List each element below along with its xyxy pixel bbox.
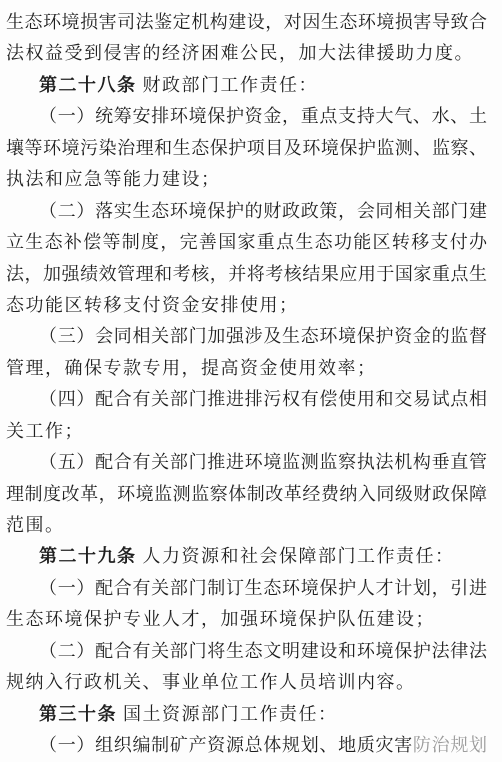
- faded-scan-text: 防治规划: [413, 735, 487, 755]
- text-segment: 法，加强绩效管理和考核，并将考核结果应用于国家重点生: [6, 264, 487, 284]
- text-segment: 态功能区转移支付资金安排使用；: [6, 295, 299, 315]
- text-line: 立生态补偿等制度，完善国家重点生态功能区转移支付办: [6, 227, 487, 258]
- text-segment: 人力资源和社会保障部门工作责任：: [137, 546, 455, 566]
- text-segment: 关工作；: [6, 421, 84, 441]
- document-text-area: 生态环境损害司法鉴定机构建设，对因生态环境损害导致合法权益受到侵害的经济困难公民…: [6, 7, 487, 762]
- text-segment: （一）配合有关部门制订生态环境保护人才计划，引进: [39, 578, 487, 598]
- article-28-heading: 第二十八条 财政部门工作责任：: [6, 70, 487, 101]
- text-line: （一）配合有关部门制订生态环境保护人才计划，引进: [6, 573, 487, 604]
- text-segment: 生态环境损害司法鉴定机构建设，对因生态环境损害导致合: [6, 12, 487, 32]
- text-line: 生态环境保护专业人才，加强环境保护队伍建设；: [6, 604, 487, 635]
- text-segment: （五）配合有关部门推进环境监测监察执法机构垂直管: [39, 452, 487, 472]
- document-page: 生态环境损害司法鉴定机构建设，对因生态环境损害导致合法权益受到侵害的经济困难公民…: [0, 0, 502, 762]
- article-number: 第二十八条: [39, 75, 137, 95]
- text-line: 执法和应急等能力建设；: [6, 164, 487, 195]
- text-segment: （一）统筹安排环境保护资金，重点支持大气、水、土: [39, 106, 487, 126]
- text-line: 理制度改革，环境监测监察体制改革经费纳入同级财政保障: [6, 479, 487, 510]
- text-segment: （四）配合有关部门推进排污权有偿使用和交易试点相: [39, 389, 487, 409]
- text-line: 范围。: [6, 510, 487, 541]
- text-line: （二）落实生态环境保护的财政政策，会同相关部门建: [6, 196, 487, 227]
- text-segment: （一）组织编制矿产资源总体规划、地质灾害: [39, 735, 413, 755]
- text-segment: 国土资源部门工作责任：: [117, 704, 338, 724]
- text-segment: 范围。: [6, 515, 65, 535]
- article-30-heading: 第三十条 国土资源部门工作责任：: [6, 699, 487, 730]
- text-line: 管理，确保专款专用，提高资金使用效率；: [6, 353, 487, 384]
- text-segment: （三）会同相关部门加强涉及生态环境保护资金的监督: [39, 326, 487, 346]
- text-line: 壤等环境污染治理和生态保护项目及环境保护监测、监察、: [6, 133, 487, 164]
- text-segment: 法权益受到侵害的经济困难公民，加大法律援助力度。: [6, 43, 474, 63]
- article-number: 第三十条: [39, 704, 117, 724]
- text-line: 态功能区转移支付资金安排使用；: [6, 290, 487, 321]
- text-line: （二）配合有关部门将生态文明建设和环境保护法律法: [6, 636, 487, 667]
- text-segment: 生态环境保护专业人才，加强环境保护队伍建设；: [6, 609, 435, 629]
- text-line: 生态环境损害司法鉴定机构建设，对因生态环境损害导致合: [6, 7, 487, 38]
- text-line: 法权益受到侵害的经济困难公民，加大法律援助力度。: [6, 38, 487, 69]
- article-29-heading: 第二十九条 人力资源和社会保障部门工作责任：: [6, 541, 487, 572]
- text-segment: 立生态补偿等制度，完善国家重点生态功能区转移支付办: [6, 232, 487, 252]
- text-line: （一）组织编制矿产资源总体规划、地质灾害防治规划: [6, 730, 487, 761]
- text-segment: 财政部门工作责任：: [137, 75, 319, 95]
- text-segment: 理制度改革，环境监测监察体制改革经费纳入同级财政保障: [6, 484, 487, 504]
- article-number: 第二十九条: [39, 546, 137, 566]
- text-line: （三）会同相关部门加强涉及生态环境保护资金的监督: [6, 321, 487, 352]
- text-segment: 规纳入行政机关、事业单位工作人员培训内容。: [6, 672, 416, 692]
- text-line: （五）配合有关部门推进环境监测监察执法机构垂直管: [6, 447, 487, 478]
- text-line: 规纳入行政机关、事业单位工作人员培训内容。: [6, 667, 487, 698]
- text-segment: 管理，确保专款专用，提高资金使用效率；: [6, 358, 377, 378]
- text-line: （四）配合有关部门推进排污权有偿使用和交易试点相: [6, 384, 487, 415]
- text-segment: （二）配合有关部门将生态文明建设和环境保护法律法: [39, 641, 487, 661]
- text-line: 关工作；: [6, 416, 487, 447]
- text-segment: 执法和应急等能力建设；: [6, 169, 221, 189]
- text-line: （一）统筹安排环境保护资金，重点支持大气、水、土: [6, 101, 487, 132]
- text-line: 法，加强绩效管理和考核，并将考核结果应用于国家重点生: [6, 259, 487, 290]
- text-segment: 壤等环境污染治理和生态保护项目及环境保护监测、监察、: [6, 138, 487, 158]
- text-segment: （二）落实生态环境保护的财政政策，会同相关部门建: [39, 201, 487, 221]
